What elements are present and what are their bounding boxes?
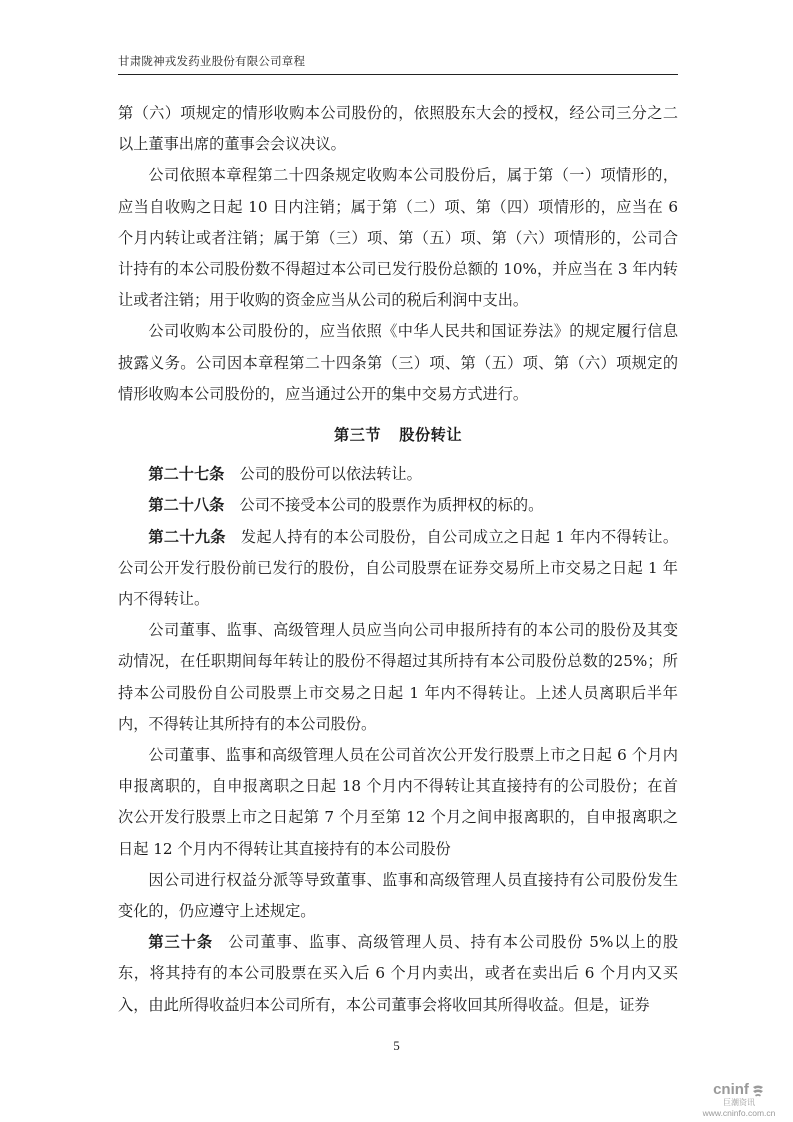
article-text: 公司不接受本公司的股票作为质押权的标的。 (240, 496, 544, 514)
paragraph: 因公司进行权益分派等导致董事、监事和高级管理人员直接持有公司股份发生变化的，仍应… (118, 865, 678, 927)
document-title: 甘肃陇神戎发药业股份有限公司章程 (118, 52, 678, 70)
paragraph: 第（六）项规定的情形收购本公司股份的，依照股东大会的授权，经公司三分之二以上董事… (118, 98, 678, 160)
section-title: 股份转让 (399, 426, 462, 444)
article-number: 第二十九条 (148, 528, 225, 546)
watermark-url: www.cninfo.com.cn (689, 1108, 789, 1118)
article-29: 第二十九条发起人持有的本公司股份，自公司成立之日起 1 年内不得转让。公司公开发… (118, 522, 678, 616)
article-number: 第二十八条 (148, 496, 224, 514)
article-text: 公司的股份可以依法转让。 (240, 465, 422, 483)
watermark-brand-cn: 巨潮资讯 (689, 1098, 789, 1108)
cninfo-watermark: cninf 巨潮资讯 www.cninfo.com.cn (689, 1082, 789, 1118)
paragraph: 公司董事、监事和高级管理人员在公司首次公开发行股票上市之日起 6 个月内申报离职… (118, 740, 678, 865)
article-30: 第三十条公司董事、监事、高级管理人员、持有本公司股份 5%以上的股东，将其持有的… (118, 927, 678, 1021)
article-number: 第二十七条 (148, 465, 224, 483)
watermark-brand: cninf (689, 1082, 789, 1098)
article-27: 第二十七条公司的股份可以依法转让。 (118, 459, 678, 490)
watermark-brand-text: cninf (713, 1082, 749, 1098)
cninfo-logo-icon (751, 1084, 765, 1097)
paragraph: 公司依照本章程第二十四条规定收购本公司股份后，属于第（一）项情形的，应当自收购之… (118, 160, 678, 316)
article-number: 第三十条 (148, 933, 213, 951)
document-body: 第（六）项规定的情形收购本公司股份的，依照股东大会的授权，经公司三分之二以上董事… (118, 98, 678, 1021)
article-28: 第二十八条公司不接受本公司的股票作为质押权的标的。 (118, 490, 678, 521)
section-heading: 第三节股份转让 (118, 420, 678, 451)
page-number: 5 (0, 1038, 793, 1054)
paragraph: 公司董事、监事、高级管理人员应当向公司申报所持有的本公司的股份及其变动情况，在任… (118, 615, 678, 740)
page-header: 甘肃陇神戎发药业股份有限公司章程 (118, 52, 678, 75)
paragraph: 公司收购本公司股份的，应当依照《中华人民共和国证券法》的规定履行信息披露义务。公… (118, 316, 678, 410)
section-number: 第三节 (334, 426, 381, 444)
